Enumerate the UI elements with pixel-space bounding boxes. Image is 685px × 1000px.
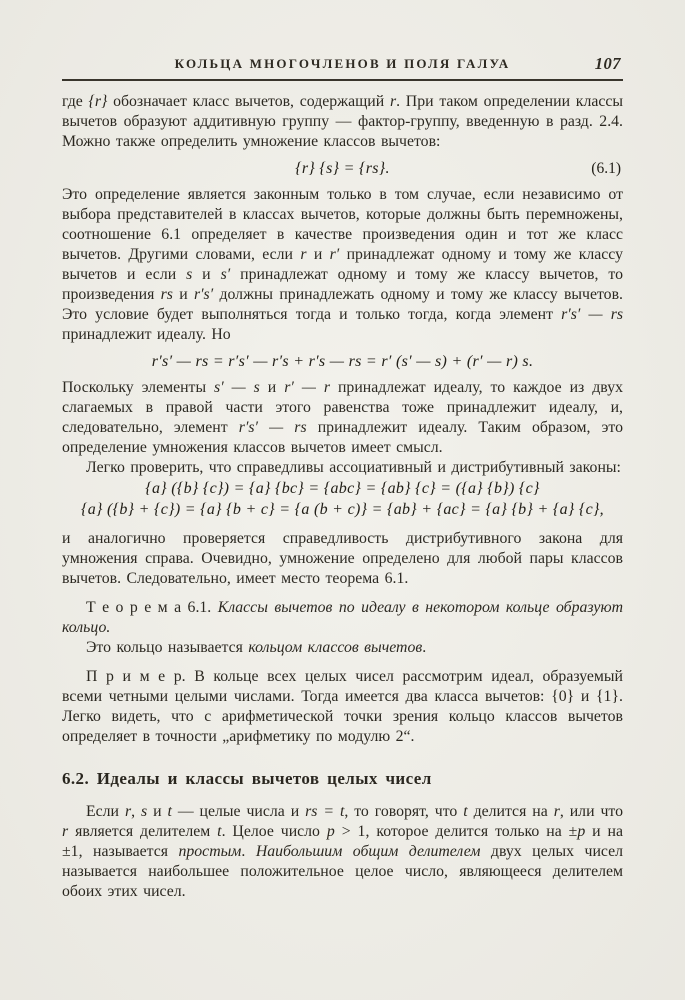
- paragraph: Это определение является законным только…: [62, 185, 623, 345]
- text-run: и: [173, 286, 194, 303]
- page-number: 107: [595, 54, 621, 74]
- text-run: обозначает класс вычетов, содержащий: [107, 93, 390, 110]
- text-run: Если: [86, 803, 125, 820]
- math-inline: Наибольшим общим делителем: [256, 843, 481, 860]
- text-run: ,: [131, 803, 141, 820]
- text-run: Легко проверить, что справедливы ассоциа…: [86, 459, 621, 476]
- text-run: .: [422, 639, 426, 656]
- math-inline: {r}: [89, 93, 108, 110]
- text-run: принадлежит идеалу. Но: [62, 326, 231, 343]
- display-formula: r′s′ — rs = r′s′ — r′s + r′s — rs = r′ (…: [62, 352, 623, 372]
- page-body: где {r} обозначает класс вычетов, содерж…: [62, 92, 623, 902]
- running-header: КОЛЬЦА МНОГОЧЛЕНОВ И ПОЛЯ ГАЛУА 107: [62, 56, 623, 81]
- text-run: где: [62, 93, 89, 110]
- text-run: .: [241, 843, 255, 860]
- text-run: Поскольку элементы: [62, 379, 214, 396]
- section-heading: 6.2. Идеалы и классы вычетов целых чисел: [62, 769, 623, 789]
- paragraph: Это кольцо называется кольцом классов вы…: [62, 638, 623, 658]
- text-run: является делителем: [68, 823, 217, 840]
- paragraph: Легко проверить, что справедливы ассоциа…: [62, 458, 623, 478]
- text-run: и: [307, 246, 330, 263]
- formula-body: {a} ({b} {c}) = {a} {bc} = {abc} = {ab} …: [145, 480, 539, 497]
- display-formula: {a} ({b} {c}) = {a} {bc} = {abc} = {ab} …: [62, 479, 623, 499]
- text-run: и аналогично проверяется справедливость …: [62, 530, 623, 587]
- text-run: Это кольцо называется: [86, 639, 248, 656]
- math-inline: r′s′: [194, 286, 213, 303]
- text-run: , то говорят, что: [344, 803, 463, 820]
- equation-number: (6.1): [591, 159, 621, 179]
- text-run: и: [260, 379, 284, 396]
- math-inline: rs = t: [305, 803, 344, 820]
- math-inline: кольцом классов вычетов: [248, 639, 422, 656]
- paragraph: П р и м е р. В кольце всех целых чисел р…: [62, 667, 623, 747]
- math-inline: p: [327, 823, 335, 840]
- text-run: делится на: [468, 803, 554, 820]
- math-inline: s′ — s: [214, 379, 260, 396]
- math-inline: s′: [221, 266, 231, 283]
- text-run: и: [192, 266, 220, 283]
- book-page: КОЛЬЦА МНОГОЧЛЕНОВ И ПОЛЯ ГАЛУА 107 где …: [0, 0, 685, 1000]
- math-inline: r′: [330, 246, 340, 263]
- formula-body: {r} {s} = {rs}.: [295, 160, 390, 177]
- math-inline: rs: [161, 286, 173, 303]
- paragraph: где {r} обозначает класс вычетов, содерж…: [62, 92, 623, 152]
- math-inline: r′s′ — rs: [239, 419, 307, 436]
- display-formula: {a} ({b} + {c}) = {a} {b + c} = {a (b + …: [62, 500, 623, 520]
- math-inline: r′ — r: [284, 379, 330, 396]
- chapter-title: КОЛЬЦА МНОГОЧЛЕНОВ И ПОЛЯ ГАЛУА: [62, 56, 623, 72]
- paragraph: Если r, s и t — целые числа и rs = t, то…: [62, 802, 623, 902]
- paragraph: и аналогично проверяется справедливость …: [62, 529, 623, 589]
- text-run: , или что: [560, 803, 623, 820]
- math-inline: r′s′ — rs: [561, 306, 623, 323]
- paragraph: Т е о р е м а 6.1. Классы вычетов по иде…: [62, 598, 623, 638]
- display-formula: {r} {s} = {rs}.(6.1): [62, 159, 623, 179]
- text-run: П р и м е р. В кольце всех целых чисел р…: [62, 668, 623, 745]
- paragraph: Поскольку элементы s′ — s и r′ — r прина…: [62, 378, 623, 458]
- formula-body: {a} ({b} + {c}) = {a} {b + c} = {a (b + …: [81, 501, 604, 518]
- text-run: Т е о р е м а 6.1.: [86, 599, 218, 616]
- math-inline: простым: [178, 843, 241, 860]
- text-run: — целые числа и: [172, 803, 305, 820]
- text-run: и: [147, 803, 167, 820]
- text-run: . Целое число: [222, 823, 327, 840]
- formula-body: r′s′ — rs = r′s′ — r′s + r′s — rs = r′ (…: [152, 353, 534, 370]
- text-run: > 1, которое делится только на ±: [335, 823, 578, 840]
